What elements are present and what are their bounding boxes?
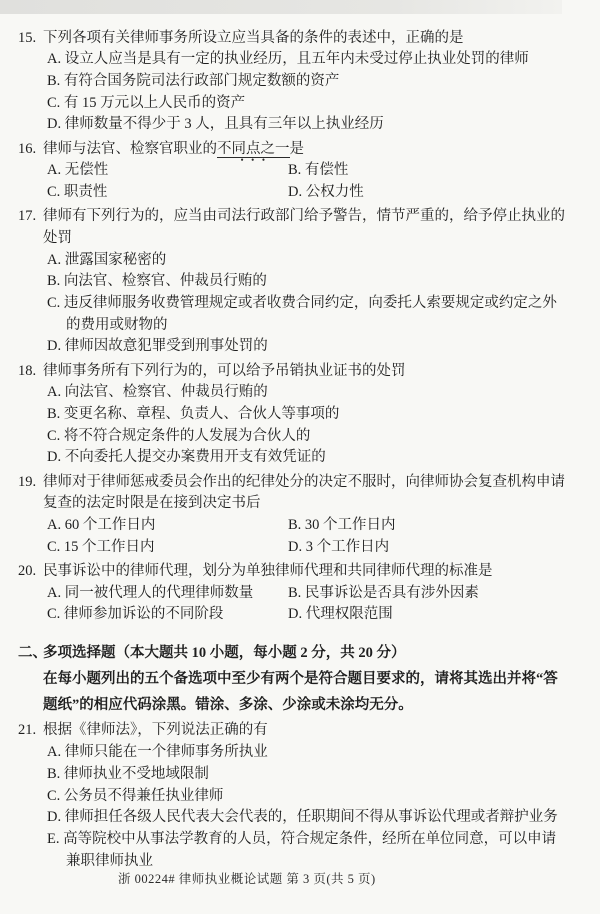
option-item: B. 有偿性 bbox=[288, 160, 588, 182]
section-number: 二、 bbox=[18, 640, 43, 666]
stem-text-pre: 律师与法官、检察官职业的 bbox=[43, 141, 217, 157]
option-item: C. 15 个工作日内 bbox=[47, 537, 288, 559]
option-item: C. 有 15 万元以上人民币的资产 bbox=[47, 93, 588, 115]
question-list: 15.下列各项有关律师事务所设立应当具备的条件的表述中，正确的是A. 设立人应当… bbox=[0, 0, 600, 872]
option-item: B. 30 个工作日内 bbox=[288, 515, 588, 537]
section-block: 二、多项选择题（本大题共 10 小题，每小题 2 分，共 20 分）在每小题列出… bbox=[18, 640, 588, 718]
question-stem: 律师对于律师惩戒委员会作出的纪律处分的决定不服时，向律师协会复查机构申请 复查的… bbox=[43, 472, 588, 515]
options-group: A. 泄露国家秘密的B. 向法官、检察官、仲裁员行贿的C. 违反律师服务收费管理… bbox=[47, 250, 588, 359]
option-item: D. 律师担任各级人民代表大会代表的，任职期间不得从事诉讼代理或者辩护业务 bbox=[47, 807, 588, 829]
option-item: D. 3 个工作日内 bbox=[288, 537, 588, 559]
question-row: 20.民事诉讼中的律师代理，划分为单独律师代理和共同律师代理的标准是 bbox=[18, 561, 588, 583]
question-item: 17.律师有下列行为的，应当由司法行政部门给予警告，情节严重的，给予停止执业的 … bbox=[18, 206, 588, 358]
option-item: A. 60 个工作日内 bbox=[47, 515, 288, 537]
section-heading: 二、多项选择题（本大题共 10 小题，每小题 2 分，共 20 分） bbox=[18, 640, 588, 666]
option-item: D. 代理权限范围 bbox=[288, 604, 588, 626]
option-item: C. 将不符合规定条件的人发展为合伙人的 bbox=[47, 426, 588, 448]
stem-text-post: 是 bbox=[290, 141, 305, 157]
option-item: E. 高等院校中从事法学教育的人员，符合规定条件，经所在单位同意，可以申请 兼职… bbox=[47, 829, 588, 872]
option-item: C. 律师参加诉讼的不同阶段 bbox=[47, 604, 288, 626]
option-item: B. 变更名称、章程、负责人、合伙人等事项的 bbox=[47, 404, 588, 426]
page-footer: 浙 00224# 律师执业概论试题 第 3 页(共 5 页) bbox=[118, 869, 376, 891]
option-item: D. 不向委托人提交办案费用开支有效凭证的 bbox=[47, 447, 588, 469]
option-item: A. 泄露国家秘密的 bbox=[47, 250, 588, 272]
question-number: 17. bbox=[18, 206, 43, 249]
question-stem: 根据《律师法》，下列说法正确的有 bbox=[43, 720, 588, 742]
options-group: A. 同一被代理人的代理律师数量B. 民事诉讼是否具有涉外因素C. 律师参加诉讼… bbox=[47, 583, 588, 626]
section-instructions: 在每小题列出的五个备选项中至少有两个是符合题目要求的，请将其选出并将“答 题纸”… bbox=[43, 666, 588, 718]
option-item: B. 民事诉讼是否具有涉外因素 bbox=[288, 583, 588, 605]
question-row: 16.律师与法官、检察官职业的不同点之一是 bbox=[18, 139, 588, 161]
question-item: 19.律师对于律师惩戒委员会作出的纪律处分的决定不服时，向律师协会复查机构申请 … bbox=[18, 472, 588, 559]
options-group: A. 无偿性B. 有偿性C. 职责性D. 公权力性 bbox=[47, 160, 588, 203]
options-group: A. 60 个工作日内B. 30 个工作日内C. 15 个工作日内D. 3 个工… bbox=[47, 515, 588, 558]
question-stem: 下列各项有关律师事务所设立应当具备的条件的表述中，正确的是 bbox=[43, 28, 588, 50]
question-item: 15.下列各项有关律师事务所设立应当具备的条件的表述中，正确的是A. 设立人应当… bbox=[18, 28, 588, 137]
question-item: 20.民事诉讼中的律师代理，划分为单独律师代理和共同律师代理的标准是A. 同一被… bbox=[18, 561, 588, 626]
question-row: 15.下列各项有关律师事务所设立应当具备的条件的表述中，正确的是 bbox=[18, 28, 588, 50]
option-item: D. 公权力性 bbox=[288, 182, 588, 204]
question-item: 16.律师与法官、检察官职业的不同点之一是A. 无偿性B. 有偿性C. 职责性D… bbox=[18, 139, 588, 204]
option-item: C. 违反律师服务收费管理规定或者收费合同约定，向委托人索要规定或约定之外 的费… bbox=[47, 293, 588, 336]
option-item: D. 律师因故意犯罪受到刑事处罚的 bbox=[47, 336, 588, 358]
question-stem: 律师事务所有下列行为的，可以给予吊销执业证书的处罚 bbox=[43, 361, 588, 383]
option-item: C. 职责性 bbox=[47, 182, 288, 204]
question-number: 20. bbox=[18, 561, 43, 583]
option-item: C. 公务员不得兼任执业律师 bbox=[47, 786, 588, 808]
question-number: 19. bbox=[18, 472, 43, 515]
question-number: 18. bbox=[18, 361, 43, 383]
exam-page: 15.下列各项有关律师事务所设立应当具备的条件的表述中，正确的是A. 设立人应当… bbox=[0, 0, 600, 914]
question-stem: 律师有下列行为的，应当由司法行政部门给予警告，情节严重的，给予停止执业的 处罚 bbox=[43, 206, 588, 249]
option-item: A. 律师只能在一个律师事务所执业 bbox=[47, 742, 588, 764]
question-number: 21. bbox=[18, 720, 43, 742]
option-item: B. 有符合国务院司法行政部门规定数额的资产 bbox=[47, 71, 588, 93]
question-row: 19.律师对于律师惩戒委员会作出的纪律处分的决定不服时，向律师协会复查机构申请 … bbox=[18, 472, 588, 515]
question-row: 18.律师事务所有下列行为的，可以给予吊销执业证书的处罚 bbox=[18, 361, 588, 383]
option-item: B. 律师执业不受地域限制 bbox=[47, 764, 588, 786]
option-item: A. 向法官、检察官、仲裁员行贿的 bbox=[47, 382, 588, 404]
options-group: A. 设立人应当是具有一定的执业经历，且五年内未受过停止执业处罚的律师B. 有符… bbox=[47, 49, 588, 136]
emphasized-term: 不同点之一 bbox=[217, 141, 290, 158]
question-number: 16. bbox=[18, 139, 43, 161]
question-number: 15. bbox=[18, 28, 43, 50]
option-item: D. 律师数量不得少于 3 人，且具有三年以上执业经历 bbox=[47, 114, 588, 136]
section-heading-text: 多项选择题（本大题共 10 小题，每小题 2 分，共 20 分） bbox=[43, 640, 406, 666]
question-stem: 律师与法官、检察官职业的不同点之一是 bbox=[43, 139, 588, 161]
option-item: A. 同一被代理人的代理律师数量 bbox=[47, 583, 288, 605]
question-stem: 民事诉讼中的律师代理，划分为单独律师代理和共同律师代理的标准是 bbox=[43, 561, 588, 583]
question-row: 17.律师有下列行为的，应当由司法行政部门给予警告，情节严重的，给予停止执业的 … bbox=[18, 206, 588, 249]
question-row: 21.根据《律师法》，下列说法正确的有 bbox=[18, 720, 588, 742]
options-group: A. 向法官、检察官、仲裁员行贿的B. 变更名称、章程、负责人、合伙人等事项的C… bbox=[47, 382, 588, 469]
options-group: A. 律师只能在一个律师事务所执业B. 律师执业不受地域限制C. 公务员不得兼任… bbox=[47, 742, 588, 872]
question-item: 21.根据《律师法》，下列说法正确的有A. 律师只能在一个律师事务所执业B. 律… bbox=[18, 720, 588, 872]
option-item: A. 设立人应当是具有一定的执业经历，且五年内未受过停止执业处罚的律师 bbox=[47, 49, 588, 71]
question-item: 18.律师事务所有下列行为的，可以给予吊销执业证书的处罚A. 向法官、检察官、仲… bbox=[18, 361, 588, 470]
option-item: B. 向法官、检察官、仲裁员行贿的 bbox=[47, 271, 588, 293]
